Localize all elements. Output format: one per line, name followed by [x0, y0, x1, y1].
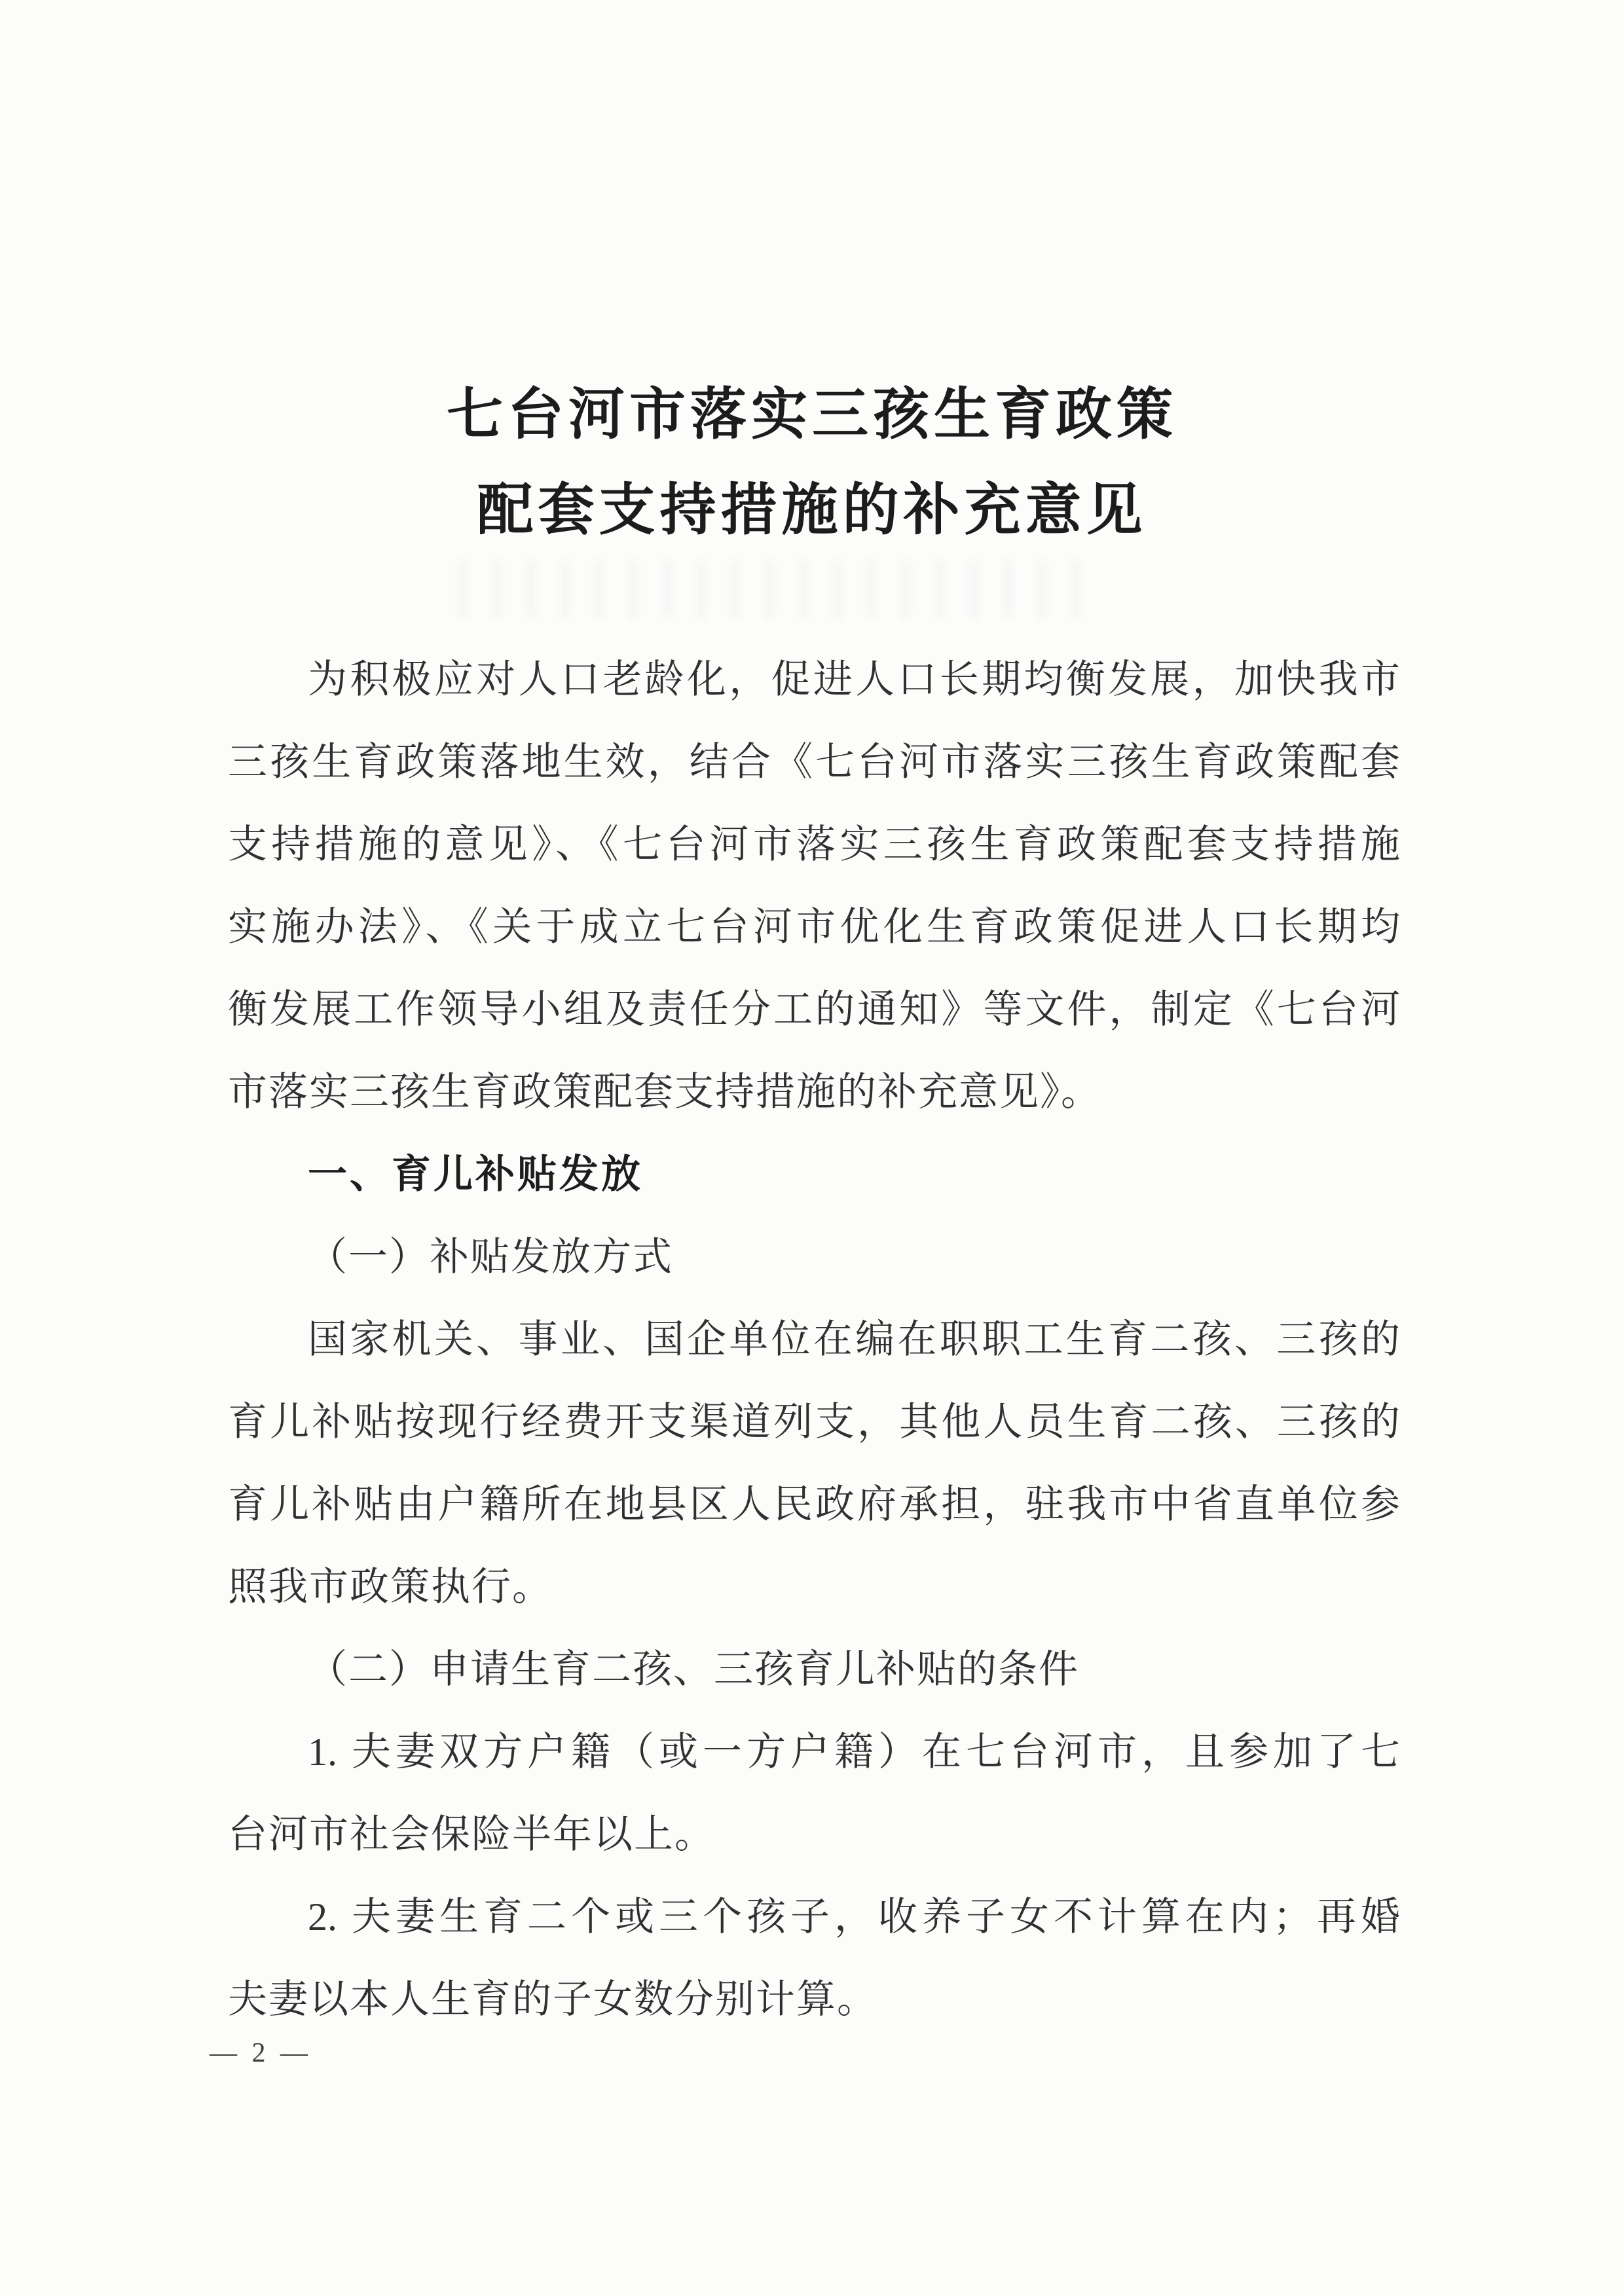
body-line: 夫妻以本人生育的子女数分别计算。 [228, 1958, 1400, 2041]
page-number: — 2 — [210, 2033, 312, 2073]
body-line: 支持措施的意见》、《七台河市落实三孩生育政策配套支持措施 [228, 803, 1400, 886]
document-title: 七台河市落实三孩生育政策 配套支持措施的补充意见 [0, 367, 1624, 558]
body-line: 台河市社会保险半年以上。 [228, 1793, 1400, 1876]
sub-heading: （二）申请生育二孩、三孩育儿补贴的条件 [228, 1628, 1400, 1711]
document-title-line-2: 配套支持措施的补充意见 [0, 462, 1624, 558]
body-line: 2. 夫妻生育二个或三个孩子，收养子女不计算在内；再婚 [228, 1876, 1400, 1958]
document-title-line-1: 七台河市落实三孩生育政策 [0, 367, 1624, 462]
body-line: 市落实三孩生育政策配套支持措施的补充意见》。 [228, 1051, 1400, 1133]
body-line: 国家机关、事业、国企单位在编在职职工生育二孩、三孩的 [228, 1298, 1400, 1381]
section-heading: 一、育儿补贴发放 [228, 1133, 1400, 1216]
document-page: 七台河市落实三孩生育政策 配套支持措施的补充意见 为积极应对人口老龄化，促进人口… [0, 0, 1624, 2296]
body-line: 为积极应对人口老龄化，促进人口长期均衡发展，加快我市 [228, 638, 1400, 721]
scan-smudge [458, 560, 1080, 619]
body-line: 衡发展工作领导小组及责任分工的通知》等文件，制定《七台河 [228, 968, 1400, 1051]
body-line: 1. 夫妻双方户籍（或一方户籍）在七台河市，且参加了七 [228, 1711, 1400, 1793]
document-body: 为积极应对人口老龄化，促进人口长期均衡发展，加快我市 三孩生育政策落地生效，结合… [228, 638, 1400, 2041]
sub-heading: （一）补贴发放方式 [228, 1216, 1400, 1298]
body-line: 照我市政策执行。 [228, 1546, 1400, 1628]
body-line: 育儿补贴按现行经费开支渠道列支，其他人员生育二孩、三孩的 [228, 1381, 1400, 1463]
body-line: 育儿补贴由户籍所在地县区人民政府承担，驻我市中省直单位参 [228, 1463, 1400, 1546]
body-line: 实施办法》、《关于成立七台河市优化生育政策促进人口长期均 [228, 886, 1400, 968]
body-line: 三孩生育政策落地生效，结合《七台河市落实三孩生育政策配套 [228, 721, 1400, 803]
